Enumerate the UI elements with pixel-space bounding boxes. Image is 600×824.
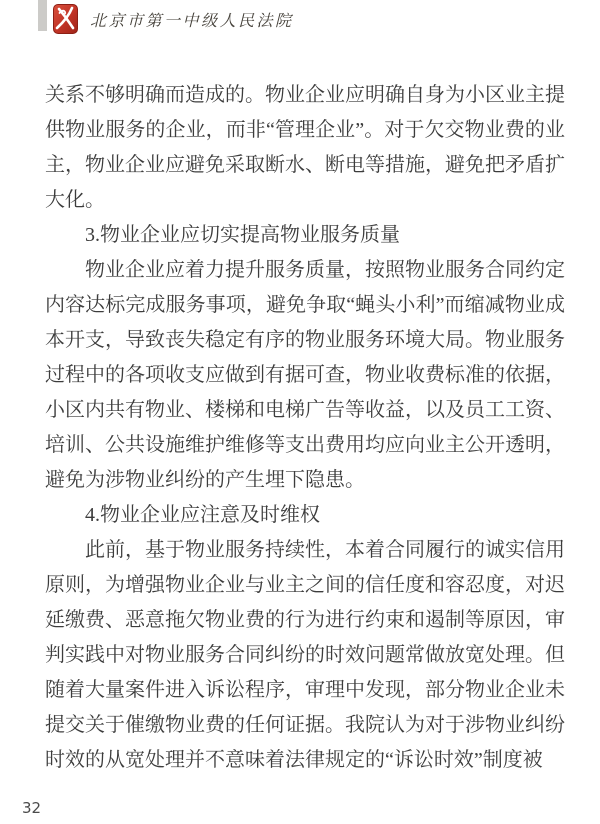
court-name: 北京市第一中级人民法院	[90, 10, 294, 32]
paragraph-section-3: 物业企业应着力提升服务质量，按照物业服务合同约定内容达标完成服务事项，避免争取“…	[45, 253, 565, 498]
paragraph-section-4: 此前，基于物业服务持续性，本着合同履行的诚实信用原则，为增强物业企业与业主之间的…	[45, 533, 565, 778]
section-heading-4: 4.物业企业应注意及时维权	[45, 498, 565, 533]
page-number: 32	[22, 799, 41, 817]
document-page: 北京市第一中级人民法院 关系不够明确而造成的。物业企业应明确自身为小区业主提供物…	[0, 0, 600, 824]
court-seal-icon	[53, 4, 78, 34]
paragraph-continuation: 关系不够明确而造成的。物业企业应明确自身为小区业主提供物业服务的企业，而非“管理…	[45, 78, 565, 218]
document-body: 关系不够明确而造成的。物业企业应明确自身为小区业主提供物业服务的企业，而非“管理…	[45, 78, 565, 778]
page-edge-mark	[38, 0, 47, 31]
section-heading-3: 3.物业企业应切实提高物业服务质量	[45, 218, 565, 253]
